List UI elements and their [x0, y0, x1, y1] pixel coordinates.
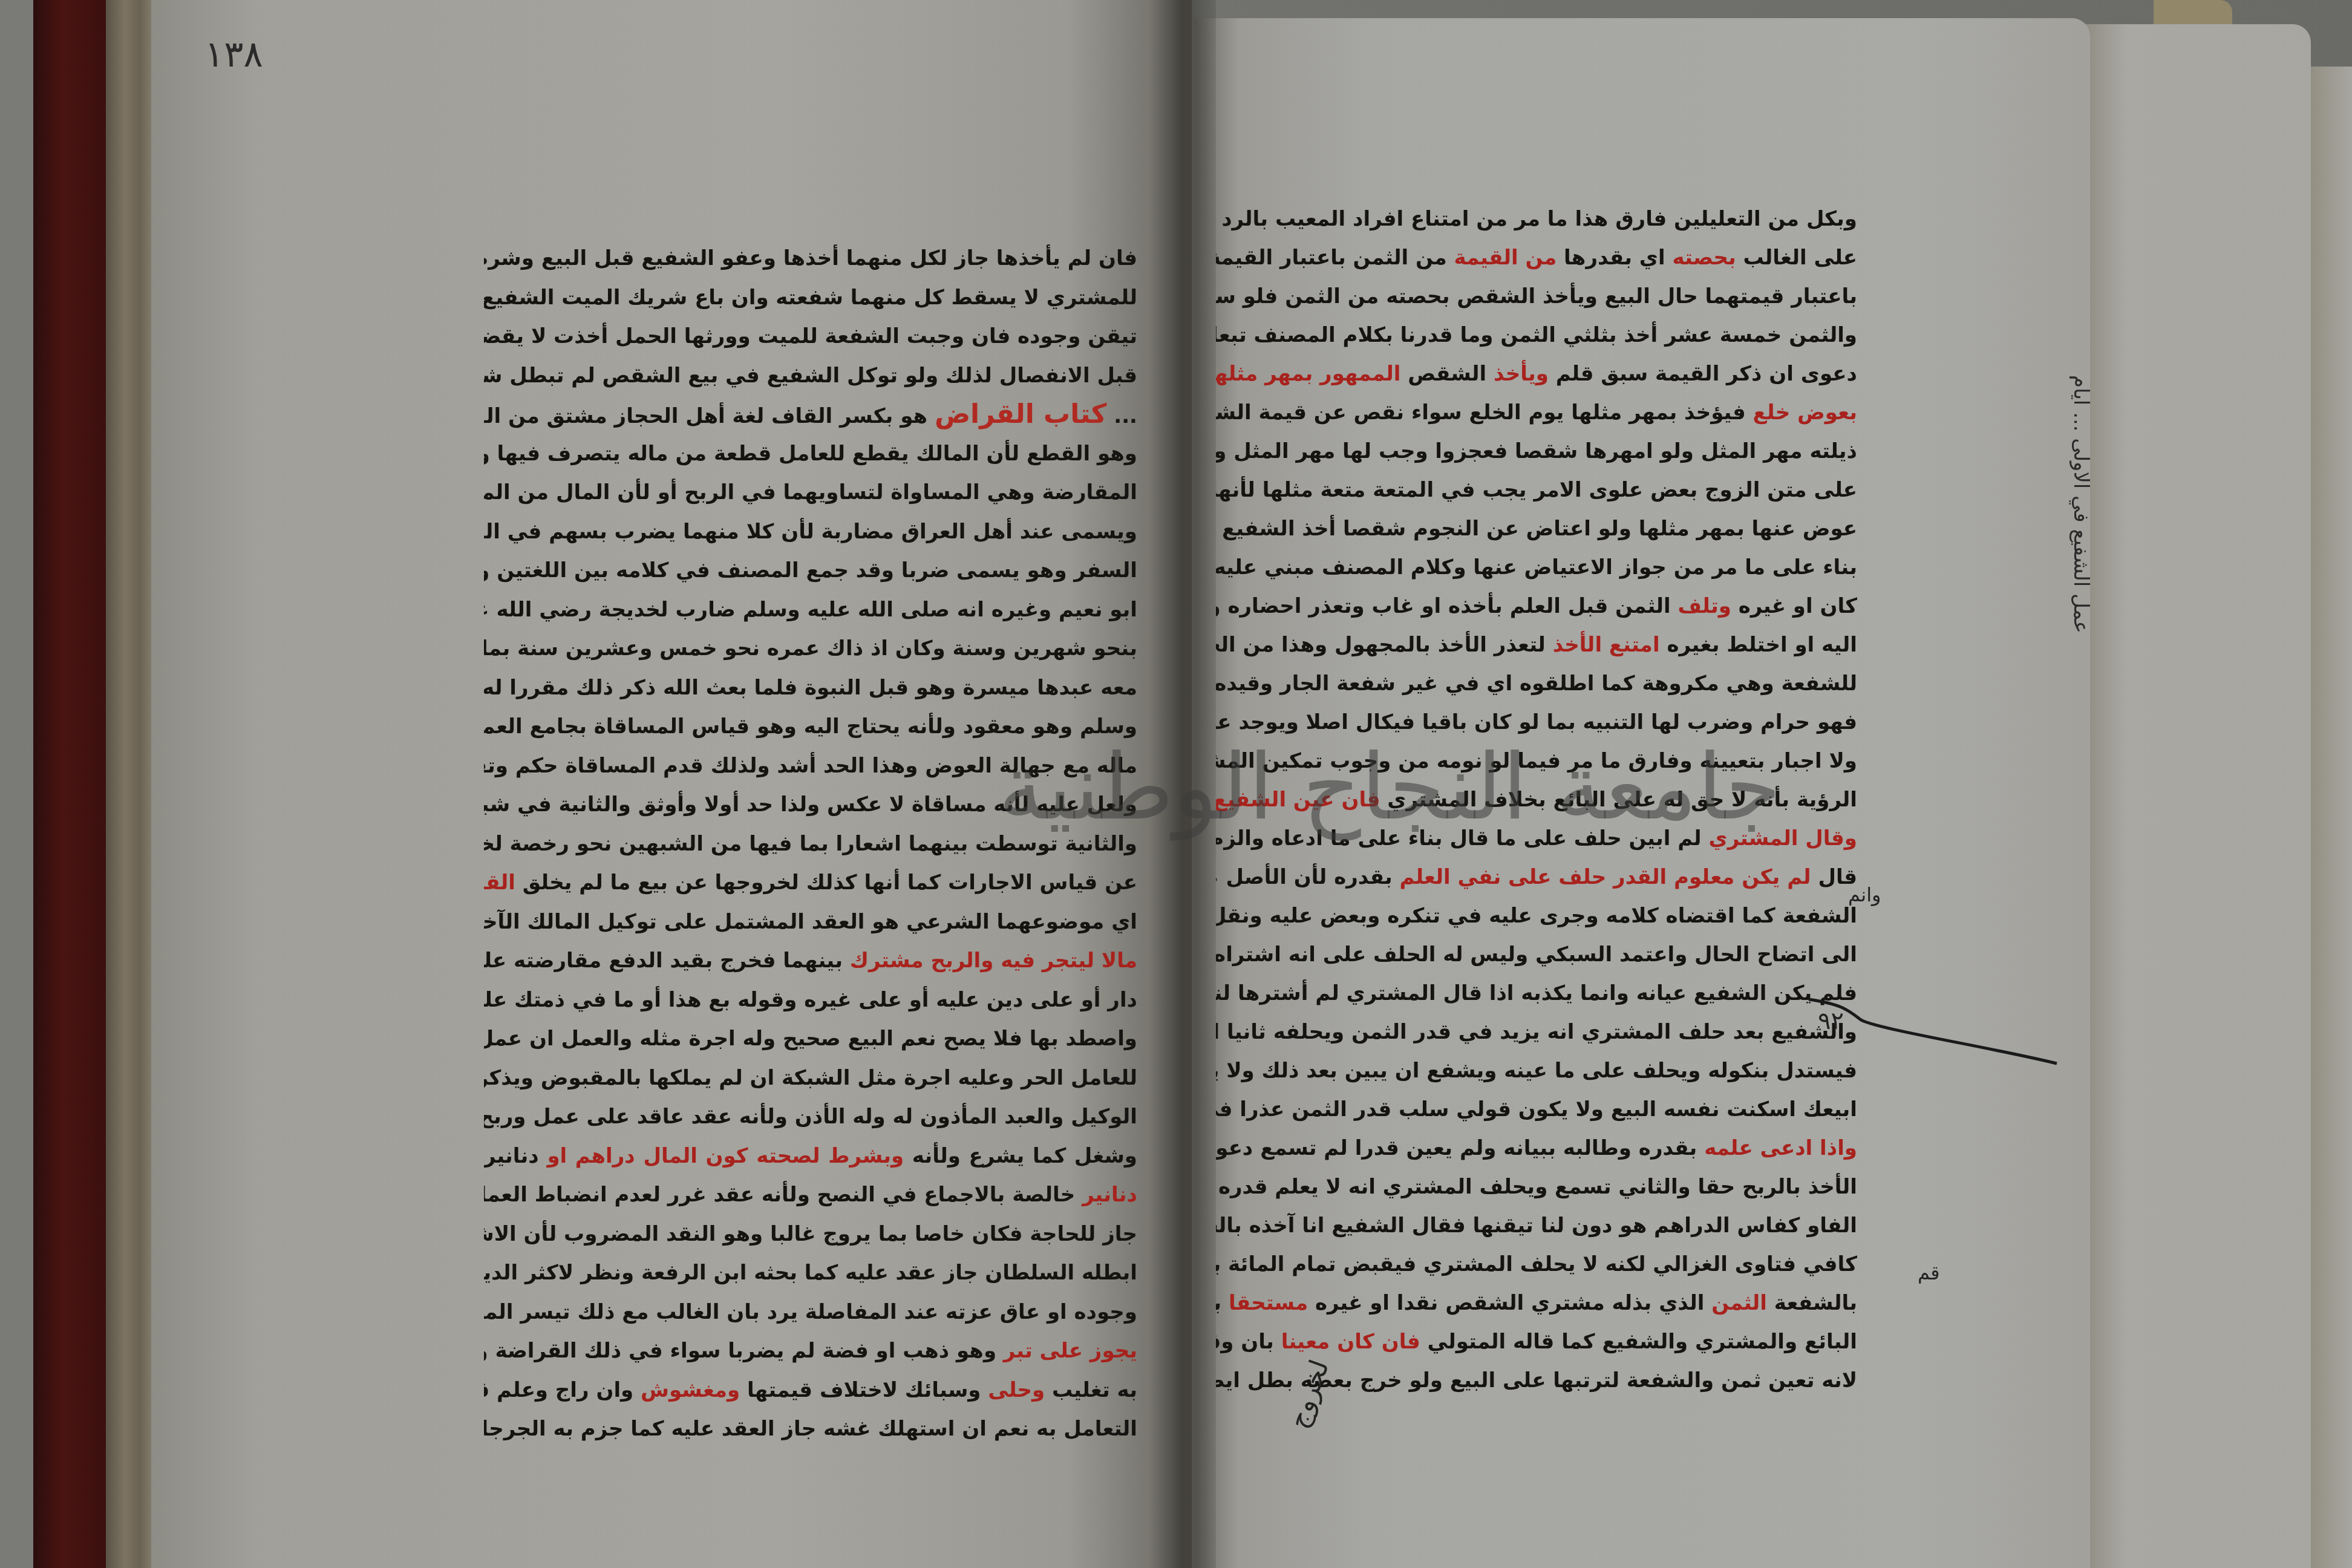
body-text: الفاو كفاس الدراهم هو دون لنا تيقنها فقا…: [1216, 1214, 1857, 1238]
body-text: ...: [1106, 404, 1137, 428]
body-text: الثمن قبل العلم بأخذه او غاب وتعذر احضار…: [1216, 594, 1678, 618]
manuscript-line: المقارضة وهي المساواة لتساويهما في الربح…: [484, 473, 1137, 512]
rubric-text: مالا ليتجر فيه والربح مشترك: [850, 949, 1137, 973]
body-text: البائع والمشتري والشفيع كما قاله المتولي: [1420, 1330, 1857, 1354]
rubric-text: واذا ادعى علمه: [1704, 1136, 1857, 1160]
body-text: معه عبدها ميسرة وهو قبل النبوة فلما بعث …: [484, 676, 1137, 700]
rubric-text: كتاب القراض: [935, 399, 1107, 430]
body-text: الى اتضاح الحال واعتمد السبكي وليس له ال…: [1216, 942, 1857, 967]
body-text: دعوى ان ذكر القيمة سبق قلم: [1549, 362, 1857, 386]
manuscript-line: ابيعك اسكنت نفسه البيع ولا يكون قولي سلب…: [1216, 1090, 1857, 1129]
body-text: دار أو على دين عليه أو على غيره وقوله بع…: [484, 988, 1137, 1012]
leather-binding: [33, 0, 106, 1568]
manuscript-line: عوض عنها بمهر مثلها ولو اعتاض عن النجوم …: [1216, 509, 1857, 548]
rubric-text: وبشرط لصحته كون المال دراهم او: [547, 1144, 904, 1168]
rubric-text: بعوض خلع: [1753, 400, 1857, 425]
margin-note-qm: قم: [1918, 1261, 1940, 1284]
margin-note-vertical: عمل الشفيع في الاولى ... ايام: [2069, 375, 2093, 633]
manuscript-line: بنحو شهرين وسنة وكان اذ ذاك عمره نحو خمس…: [484, 629, 1137, 668]
manuscript-line: بالشفعة الثمن الذي بذله مشتري الشقص نقدا…: [1216, 1284, 1857, 1322]
manuscript-line: ابو نعيم وغيره انه صلى الله عليه وسلم ضا…: [484, 590, 1137, 630]
body-text: واصطد بها فلا يصح نعم البيع صحيح وله اجر…: [484, 1027, 1137, 1051]
body-text: جاز للحاجة فكان خاصا بما يروج غالبا وهو …: [484, 1222, 1137, 1246]
rubric-text: مستحقا: [1229, 1291, 1308, 1315]
manuscript-line: الشفعة كما اقتضاه كلامه وجرى عليه في تنك…: [1216, 897, 1857, 935]
manuscript-line: للشفعة وهي مكروهة كما اطلقوه اي في غير ش…: [1216, 664, 1857, 703]
manuscript-line: واصطد بها فلا يصح نعم البيع صحيح وله اجر…: [484, 1019, 1137, 1059]
body-text: فان لم يأخذها جاز لكل منهما أخذها وعفو ا…: [484, 246, 1137, 270]
body-text: من الثمن باعتبار القيمة بان يوزع الثمن ع…: [1216, 246, 1454, 270]
body-text: والشفيع بعد حلف المشتري انه يزيد في قدر …: [1216, 1020, 1857, 1044]
body-text: خالصة بالاجماع في النصح ولأنه عقد غرر لع…: [484, 1183, 1082, 1207]
manuscript-line: ذيلته مهر المثل ولو امهرها شقصا فعجزوا و…: [1216, 432, 1857, 471]
body-text: اي بقدرها: [1557, 246, 1672, 270]
manuscript-line: الأخذ بالربح حقا والثاني تسمع ويحلف المش…: [1216, 1168, 1857, 1206]
margin-pointer-line-icon: [1806, 992, 2072, 1077]
manuscript-line: قبل الانفصال لذلك ولو توكل الشفيع في بيع…: [484, 356, 1137, 396]
body-text: فيؤخذ بمهر مثلها يوم الخلع سواء نقص عن ق…: [1216, 400, 1753, 425]
manuscript-line: ابطله السلطان جاز عقد عليه كما بحثه ابن …: [484, 1253, 1137, 1293]
page-stack-edge-1: [2081, 24, 2311, 1568]
rubric-text: يجوز على تبر: [1004, 1339, 1137, 1363]
body-text: ويسمى عند أهل العراق مضاربة لأن كلا منهم…: [484, 520, 1137, 544]
manuscript-line: التعامل به نعم ان استهلك غشه جاز العقد ع…: [484, 1410, 1137, 1449]
body-text: فهو حرام وضرب لها التنبيه بما لو كان باق…: [1216, 710, 1857, 734]
body-text: بنحو شهرين وسنة وكان اذ ذاك عمره نحو خمس…: [484, 636, 1137, 661]
manuscript-line: البائع والمشتري والشفيع كما قاله المتولي…: [1216, 1322, 1857, 1361]
manuscript-line: ويسمى عند أهل العراق مضاربة لأن كلا منهم…: [484, 512, 1137, 552]
body-text: وهو ذهب او فضة لم يضربا سواء في ذلك القر…: [484, 1339, 1004, 1363]
rubric-text: وحلى: [988, 1378, 1045, 1402]
manuscript-line: على الغالب بحصته اي بقدرها من القيمة من …: [1216, 238, 1857, 277]
manuscript-line: والثمن خمسة عشر أخذ بثلثي الثمن وما قدرن…: [1216, 316, 1857, 354]
manuscript-line: اليه او اختلط بغيره امتنع الأخذ لتعذر ال…: [1216, 626, 1857, 664]
page-stack-edge-2: [2305, 67, 2352, 1568]
body-text: للشفعة وهي مكروهة كما اطلقوه اي في غير ش…: [1216, 671, 1857, 696]
manuscript-line: جاز للحاجة فكان خاصا بما يروج غالبا وهو …: [484, 1215, 1137, 1254]
manuscript-line: فيستدل بنكوله ويحلف على ما عينه ويشفع ان…: [1216, 1051, 1857, 1090]
manuscript-line: الى اتضاح الحال واعتمد السبكي وليس له ال…: [1216, 935, 1857, 974]
rubric-text: فان كان معينا: [1281, 1330, 1420, 1354]
manuscript-line: كافي فتاوى الغزالي لكنه لا يحلف المشتري …: [1216, 1245, 1857, 1284]
body-text: بقدره لأن الأصل عدم علمه به ويسقط: [1216, 865, 1400, 889]
body-text: ببينة أو باتفاق: [1216, 1291, 1229, 1315]
body-text: قبل الانفصال لذلك ولو توكل الشفيع في بيع…: [484, 364, 1137, 388]
manuscript-line: الوكيل والعبد المأذون له وله الأذن ولأنه…: [484, 1097, 1137, 1137]
rubric-text: القراض والمضاربة: [484, 871, 515, 895]
body-text: وبكل من التعليلين فارق هذا ما مر من امتن…: [1216, 207, 1857, 231]
manuscript-line: فان لم يأخذها جاز لكل منهما أخذها وعفو ا…: [484, 239, 1137, 278]
manuscript-line: كان او غيره وتلف الثمن قبل العلم بأخذه ا…: [1216, 587, 1857, 626]
body-text: لتعذر الأخذ بالمجهول وهذا من الحيل المسق…: [1216, 633, 1553, 657]
body-text: وهو القطع لأن المالك يقطع للعامل قطعة من…: [484, 442, 1137, 466]
body-text: بقدره وطالبه ببيانه ولم يعين قدرا لم تسم…: [1216, 1136, 1704, 1160]
body-text: ابيعك اسكنت نفسه البيع ولا يكون قولي سلب…: [1216, 1097, 1857, 1122]
body-text: دنانير: [484, 1144, 547, 1168]
manuscript-line: ... كتاب القراض هو بكسر القاف لغة أهل ال…: [484, 395, 1137, 434]
body-text: فلم يكن الشفيع عيانه وانما يكذبه اذا قال…: [1216, 981, 1857, 1005]
body-text: بالشفعة: [1767, 1291, 1857, 1315]
body-text: الشفعة كما اقتضاه كلامه وجرى عليه في تنك…: [1216, 904, 1857, 928]
body-text: الشقص: [1400, 362, 1494, 386]
manuscript-line: بعوض خلع فيؤخذ بمهر مثلها يوم الخلع سواء…: [1216, 393, 1857, 432]
body-text: الذي بذله مشتري الشقص نقدا او غيره: [1308, 1291, 1711, 1315]
manuscript-line: وشغل كما يشرع ولأنه وبشرط لصحته كون الما…: [484, 1137, 1137, 1176]
margin-note-wanm: وانم: [1848, 883, 1881, 906]
body-text: اليه او اختلط بغيره: [1660, 633, 1857, 657]
body-text: كافي فتاوى الغزالي لكنه لا يحلف المشتري …: [1216, 1252, 1857, 1276]
body-text: فيستدل بنكوله ويحلف على ما عينه ويشفع ان…: [1216, 1059, 1857, 1083]
body-text: وسبائك لاختلاف قيمتها: [740, 1378, 988, 1402]
body-text: بناء على ما مر من جواز الاعتياض عنها وكل…: [1216, 555, 1857, 580]
body-text: عوض عنها بمهر مثلها ولو اعتاض عن النجوم …: [1216, 517, 1857, 541]
rubric-text: ويأخذ: [1494, 362, 1549, 386]
manuscript-line: دار أو على دين عليه أو على غيره وقوله بع…: [484, 981, 1137, 1020]
manuscript-line: وبكل من التعليلين فارق هذا ما مر من امتن…: [1216, 200, 1857, 238]
manuscript-line: اي موضوعهما الشرعي هو العقد المشتمل على …: [484, 903, 1137, 942]
manuscript-line: السفر وهو يسمى ضربا وقد جمع المصنف في كل…: [484, 551, 1137, 590]
manuscript-line: به تغليب وحلى وسبائك لاختلاف قيمتها ومغش…: [484, 1371, 1137, 1410]
manuscript-line: على متن الزوج بعض علوى الامر يجب في المت…: [1216, 471, 1857, 509]
rubric-text: من القيمة: [1454, 246, 1557, 270]
page-stack-top: [2154, 0, 2232, 24]
body-text: هو بكسر القاف لغة أهل الحجاز مشتق من الق…: [484, 404, 935, 428]
manuscript-line: للعامل الحر وعليه اجرة مثل الشبكة ان لم …: [484, 1059, 1137, 1098]
body-text: تيقن وجوده فان وجبت الشفعة للميت وورثها …: [484, 324, 1137, 348]
left-page-text: فان لم يأخذها جاز لكل منهما أخذها وعفو ا…: [484, 239, 1137, 1449]
body-text: السفر وهو يسمى ضربا وقد جمع المصنف في كل…: [484, 558, 1137, 583]
binding-edge: [106, 0, 154, 1568]
body-text: به تغليب: [1045, 1378, 1137, 1402]
body-text: التعامل به نعم ان استهلك غشه جاز العقد ع…: [484, 1417, 1137, 1441]
rubric-text: وتلف: [1678, 594, 1731, 618]
rubric-text: الثمن: [1711, 1291, 1767, 1315]
manuscript-line: معه عبدها ميسرة وهو قبل النبوة فلما بعث …: [484, 668, 1137, 708]
rubric-text: دنانير: [1082, 1183, 1137, 1207]
manuscript-line: واذا ادعى علمه بقدره وطالبه ببيانه ولم ي…: [1216, 1129, 1857, 1168]
manuscript-line: وهو القطع لأن المالك يقطع للعامل قطعة من…: [484, 434, 1137, 474]
body-text: اي موضوعهما الشرعي هو العقد المشتمل على …: [484, 910, 1137, 934]
body-text: على الغالب: [1736, 246, 1857, 270]
body-text: ابطله السلطان جاز عقد عليه كما بحثه ابن …: [484, 1261, 1137, 1285]
manuscript-line: باعتبار قيمتهما حال البيع ويأخذ الشقص بح…: [1216, 277, 1857, 316]
body-text: والثمن خمسة عشر أخذ بثلثي الثمن وما قدرن…: [1216, 323, 1857, 347]
manuscript-line: يجوز على تبر وهو ذهب او فضة لم يضربا سوا…: [484, 1331, 1137, 1371]
manuscript-line: دنانير خالصة بالاجماع في النصح ولأنه عقد…: [484, 1175, 1137, 1215]
manuscript-line: والشفيع بعد حلف المشتري انه يزيد في قدر …: [1216, 1013, 1857, 1051]
body-text: ذيلته مهر المثل ولو امهرها شقصا فعجزوا و…: [1216, 439, 1857, 463]
rubric-text: بحصته: [1672, 246, 1736, 270]
rubric-text: امتنع الأخذ: [1553, 633, 1660, 657]
body-text: الوكيل والعبد المأذون له وله الأذن ولأنه…: [484, 1105, 1137, 1129]
manuscript-line: تيقن وجوده فان وجبت الشفعة للميت وورثها …: [484, 317, 1137, 356]
rubric-text: لم يكن معلوم القدر حلف على نفي العلم: [1400, 865, 1811, 889]
rubric-text: الممهور بمهر مثلها: [1216, 362, 1400, 386]
body-text: وان راج وعلم قدر غشه وجاز: [484, 1378, 641, 1402]
rubric-text: ومغشوش: [641, 1378, 740, 1402]
manuscript-line: دعوى ان ذكر القيمة سبق قلم ويأخذ الشقص ا…: [1216, 354, 1857, 393]
body-text: عن قياس الاجارات كما أنها كذلك لخروجها ع…: [515, 871, 1137, 895]
manuscript-line: مالا ليتجر فيه والربح مشترك بينهما فخرج …: [484, 941, 1137, 981]
body-text: الأخذ بالربح حقا والثاني تسمع ويحلف المش…: [1216, 1175, 1857, 1199]
watermark: جامعة النجاح الوطنية: [998, 735, 1781, 840]
manuscript-line: عن قياس الاجارات كما أنها كذلك لخروجها ع…: [484, 863, 1137, 903]
body-text: باعتبار قيمتهما حال البيع ويأخذ الشقص بح…: [1216, 284, 1857, 309]
manuscript-line: قال لم يكن معلوم القدر حلف على نفي العلم…: [1216, 858, 1857, 897]
body-text: بينهما فخرج بقيد الدفع مقارضته على منفعة…: [484, 949, 850, 973]
manuscript-line: بناء على ما مر من جواز الاعتياض عنها وكل…: [1216, 548, 1857, 587]
folio-number: ١٣٨: [204, 33, 263, 76]
manuscript-line: فلم يكن الشفيع عيانه وانما يكذبه اذا قال…: [1216, 974, 1857, 1013]
body-text: وشغل كما يشرع ولأنه: [904, 1144, 1137, 1168]
body-text: وجوده او عاق عزته عند المفاصلة يرد بان ا…: [484, 1300, 1137, 1324]
body-text: كان او غيره: [1731, 594, 1857, 618]
body-text: على متن الزوج بعض علوى الامر يجب في المت…: [1216, 478, 1857, 502]
body-text: المقارضة وهي المساواة لتساويهما في الربح…: [484, 480, 1137, 505]
body-text: ابو نعيم وغيره انه صلى الله عليه وسلم ضا…: [484, 598, 1137, 622]
body-text: للمشتري لا يسقط كل منهما شفعته وان باع ش…: [484, 286, 1137, 310]
body-text: للعامل الحر وعليه اجرة مثل الشبكة ان لم …: [484, 1066, 1137, 1090]
manuscript-line: الفاو كفاس الدراهم هو دون لنا تيقنها فقا…: [1216, 1206, 1857, 1245]
manuscript-line: وجوده او عاق عزته عند المفاصلة يرد بان ا…: [484, 1293, 1137, 1332]
manuscript-line: للمشتري لا يسقط كل منهما شفعته وان باع ش…: [484, 278, 1137, 318]
body-text: بان وقع الشراء بعينه: [1216, 1330, 1281, 1354]
